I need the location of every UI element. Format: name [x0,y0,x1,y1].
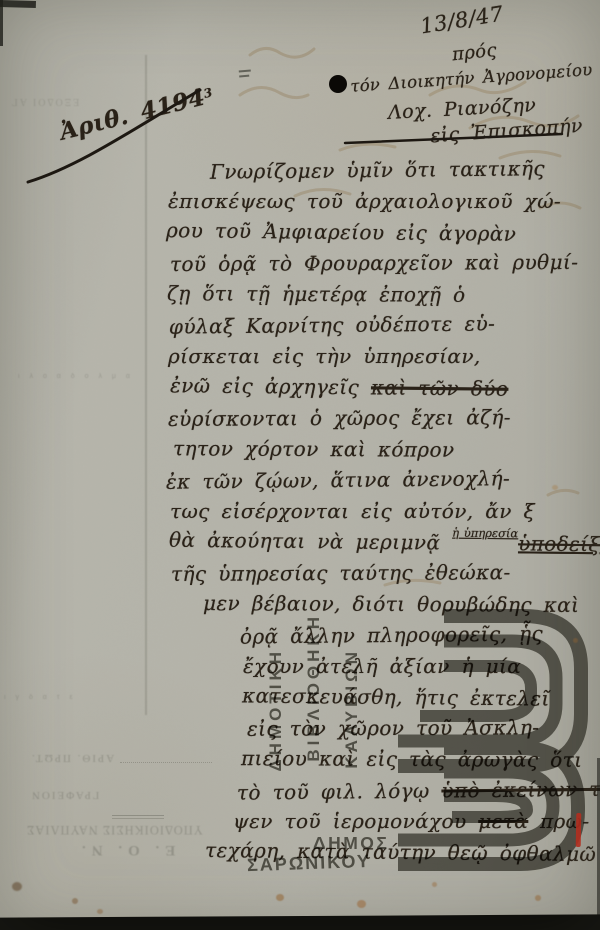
scan-edge-left [0,0,3,46]
flipped-grafeion: ΓΡΑΦΕΙΟΝ [30,789,99,801]
foxing-spot [72,898,78,904]
foxing-spot [552,485,558,490]
foxing-spot [276,894,284,901]
watermark-word-vivliothiki: ΒΙΒΛΙΟΘΗΚΗ [304,613,324,762]
watermark-word-dimotiki: ΔΗΜΟΤΙΚΗ [266,648,286,772]
scan-edge-bottom-band [0,914,600,930]
red-margin-mark [576,813,581,847]
watermark-saronikou: ΣΑΡΩΝΙΚΟΥ [247,851,372,876]
foxing-spot [357,900,366,908]
flipped-arith-prot: ΑΡΙΘ. ΠΡΩΤ. [30,752,114,764]
foxing-spot [97,909,103,914]
watermark-word-kalyvion: ΚΑΛΥΒΙΩΝ [342,648,362,769]
flipped-unit: ΥΠΟΔΙΟΙΚΗΣΙΣ ΝΑΥΠΛΙΑΣ [26,822,203,837]
flipped-org: Ε. Ο. Ν. [76,841,175,858]
flipped-rule [112,815,164,819]
foxing-spot [573,638,578,643]
scanned-document-page: ΕΞΟΔΟΙ ΑΓ ι λ ο α δ ο λ μ α ι γ δ α τ ε … [0,0,600,930]
foxing-spot [535,895,541,901]
scan-edge-top-left [0,0,36,8]
foxing-spot [432,882,437,887]
flipped-dotted-line [120,762,212,763]
foxing-spot [12,882,22,891]
